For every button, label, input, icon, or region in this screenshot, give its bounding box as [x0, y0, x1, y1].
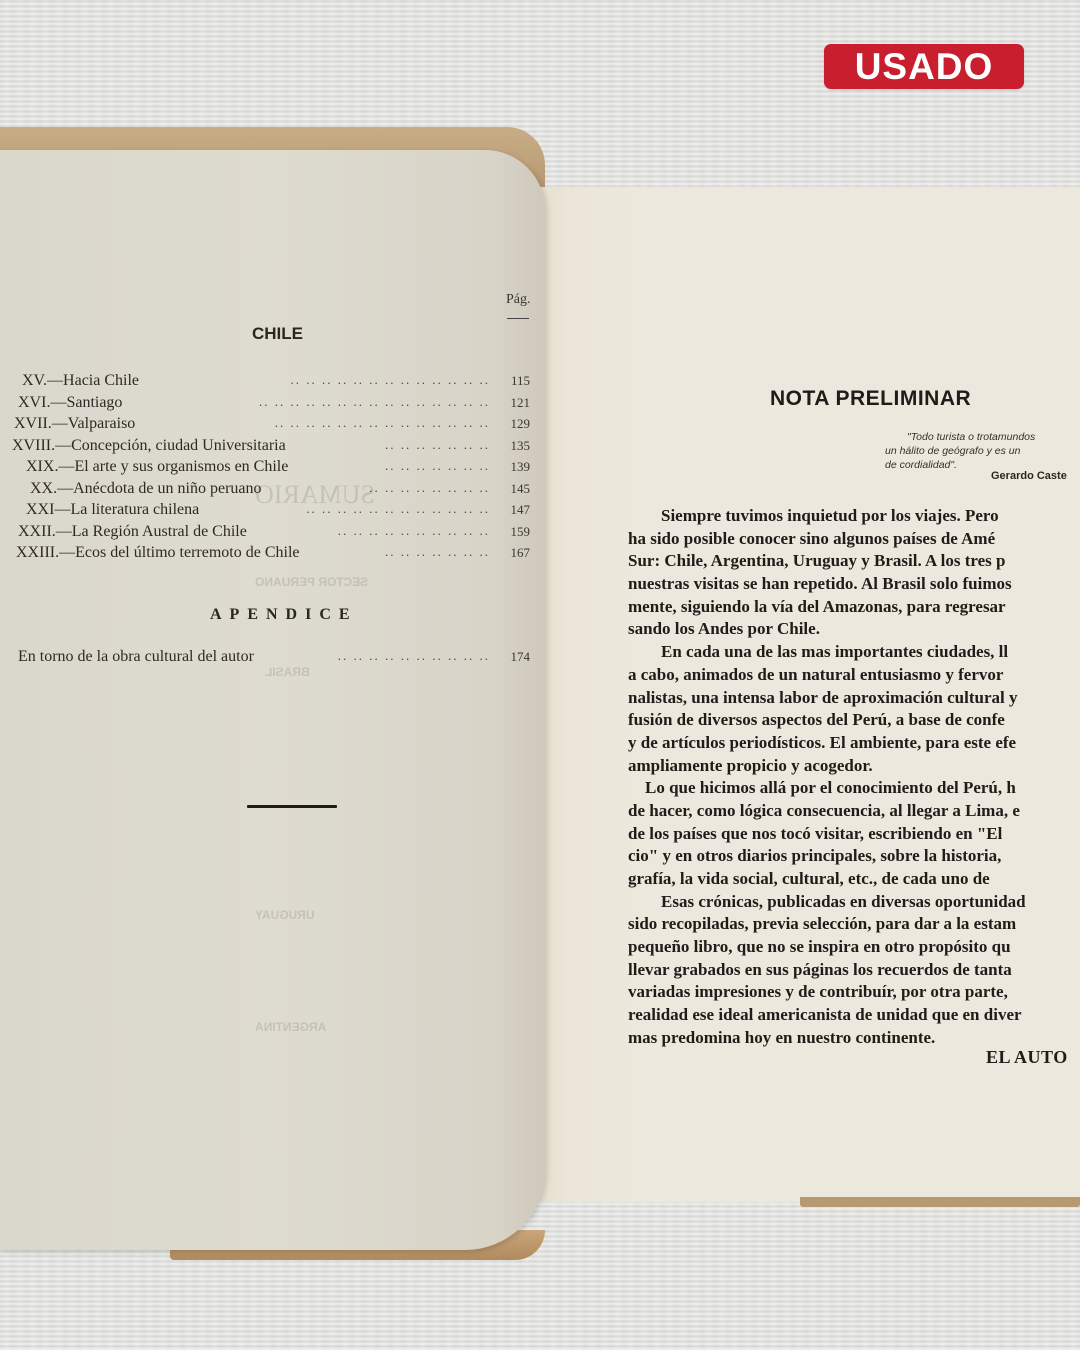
toc-page-number: 147: [511, 502, 531, 518]
toc-page-number: 115: [511, 373, 530, 389]
section-title-apendice: APENDICE: [210, 606, 358, 624]
body-line: variadas impresiones y de contribuír, po…: [628, 981, 1080, 1004]
toc-page-number: 159: [511, 524, 531, 540]
body-line: pequeño libro, que no se inspira en otro…: [628, 936, 1080, 959]
body-line: Esas crónicas, publicadas en diversas op…: [628, 891, 1080, 914]
body-line: sido recopiladas, previa selección, para…: [628, 913, 1080, 936]
toc-title: Ecos del último terremoto de Chile: [75, 544, 299, 561]
body-line: Sur: Chile, Argentina, Uruguay y Brasil.…: [628, 550, 1080, 573]
toc-row: XXI—La literatura chilena .. .. .. .. ..…: [0, 501, 540, 523]
toc-page-number: 174: [511, 649, 531, 665]
body-line: llevar grabados en sus páginas los recue…: [628, 959, 1080, 982]
body-line: de hacer, como lógica consecuencia, al l…: [628, 800, 1080, 823]
bleed-through-heading: SECTOR PERUANO: [255, 575, 368, 589]
toc-number: XXI: [26, 501, 54, 518]
toc-title: En torno de la obra cultural del autor: [18, 648, 254, 666]
author-signature: EL AUTO: [986, 1047, 1068, 1068]
epigraph-line: "Todo turista o trotamundos: [885, 430, 1080, 444]
leader-dots: .. .. .. .. .. .. .. .. .. ..: [338, 523, 490, 539]
leader-dots: .. .. .. .. .. .. .. .. .. .. .. .. ..: [291, 372, 491, 388]
toc-number: XXIII.: [16, 544, 59, 561]
toc-title: El arte y sus organismos en Chile: [74, 458, 288, 475]
toc-number: XV.: [22, 372, 47, 389]
leader-dots: .. .. .. .. .. .. ..: [385, 458, 490, 474]
toc-row: XVIII.—Concepción, ciudad Universitaria …: [0, 437, 540, 459]
toc-row: XV.—Hacia Chile .. .. .. .. .. .. .. .. …: [0, 372, 540, 394]
leader-dots: .. .. .. .. .. .. .. .. .. ..: [338, 648, 490, 664]
leader-dots: .. .. .. .. .. .. .. .. .. .. .. .. .. .…: [275, 415, 490, 431]
decorative-rule: [247, 805, 337, 808]
toc-page-number: 135: [511, 438, 531, 454]
epigraph-line: un hálito de geógrafo y es un: [885, 444, 1080, 458]
toc-row: XVII.—Valparaiso .. .. .. .. .. .. .. ..…: [0, 415, 540, 437]
toc-number: XX.: [30, 480, 57, 497]
toc-title: La Región Austral de Chile: [72, 523, 247, 540]
toc-row: En torno de la obra cultural del autor .…: [0, 648, 540, 670]
right-page: NOTA PRELIMINAR "Todo turista o trotamun…: [530, 187, 1080, 1202]
toc-page-number: 129: [511, 416, 531, 432]
toc-number: XIX.: [26, 458, 58, 475]
toc-number: XXII.: [18, 523, 56, 540]
body-line: a cabo, animados de un natural entusiasm…: [628, 664, 1080, 687]
preliminary-note-body: Siempre tuvimos inquietud por los viajes…: [628, 505, 1080, 1050]
toc-entry: XV.—Hacia Chile: [22, 372, 139, 390]
toc-number: XVIII.: [12, 437, 55, 454]
toc-entry: XX.—Anécdota de un niño peruano: [30, 480, 262, 498]
toc-title: Santiago: [66, 394, 122, 411]
table-of-contents: XV.—Hacia Chile .. .. .. .. .. .. .. .. …: [0, 372, 540, 566]
left-page: SUMARIO SECTOR PERUANO BRASIL URUGUAY AR…: [0, 150, 545, 1250]
body-line: Siempre tuvimos inquietud por los viajes…: [628, 505, 1080, 528]
right-page-edge: [800, 1197, 1080, 1207]
section-title-chile: CHILE: [252, 324, 303, 344]
toc-row: XX.—Anécdota de un niño peruano .. .. ..…: [0, 480, 540, 502]
toc-title: Anécdota de un niño peruano: [73, 480, 261, 497]
epigraph-author: Gerardo Caste: [991, 470, 1067, 482]
body-line: mente, siguiendo la vía del Amazonas, pa…: [628, 596, 1080, 619]
body-line: ha sido posible conocer sino algunos paí…: [628, 528, 1080, 551]
page-column-rule: [507, 318, 529, 319]
body-line: realidad ese ideal americanista de unida…: [628, 1004, 1080, 1027]
body-line: y de artículos periodísticos. El ambient…: [628, 732, 1080, 755]
toc-page-number: 167: [511, 545, 531, 561]
body-line: grafía, la vida social, cultural, etc., …: [628, 868, 1080, 891]
toc-entry: XVI.—Santiago: [18, 394, 122, 412]
toc-row: XVI.—Santiago .. .. .. .. .. .. .. .. ..…: [0, 394, 540, 416]
nota-preliminar-title: NOTA PRELIMINAR: [770, 387, 971, 411]
leader-dots: .. .. .. .. .. .. .. .. .. .. .. ..: [306, 501, 490, 517]
toc-entry: XXIII.—Ecos del último terremoto de Chil…: [16, 544, 299, 562]
bleed-through-heading: URUGUAY: [255, 908, 315, 922]
epigraph: "Todo turista o trotamundos un hálito de…: [885, 430, 1080, 472]
body-line: nuestras visitas se han repetido. Al Bra…: [628, 573, 1080, 596]
toc-number: XVI.: [18, 394, 50, 411]
toc-page-number: 121: [511, 395, 531, 411]
body-line: cio" y en otros diarios principales, sob…: [628, 845, 1080, 868]
toc-entry: XVIII.—Concepción, ciudad Universitaria: [12, 437, 286, 455]
toc-title: Hacia Chile: [63, 372, 139, 389]
body-line: sando los Andes por Chile.: [628, 618, 1080, 641]
body-line: En cada una de las mas importantes ciuda…: [628, 641, 1080, 664]
toc-page-number: 139: [511, 459, 531, 475]
body-line: ampliamente propicio y acogedor.: [628, 755, 1080, 778]
toc-row: XXII.—La Región Austral de Chile .. .. .…: [0, 523, 540, 545]
leader-dots: .. .. .. .. .. .. .. .. .. .. .. .. .. .…: [259, 394, 490, 410]
body-line: de los países que nos tocó visitar, escr…: [628, 823, 1080, 846]
toc-entry: XXII.—La Región Austral de Chile: [18, 523, 247, 541]
toc-number: XVII.: [14, 415, 52, 432]
toc-entry: XVII.—Valparaiso: [14, 415, 135, 433]
body-line: fusión de diversos aspectos del Perú, a …: [628, 709, 1080, 732]
page-column-header: Pág.: [506, 292, 531, 308]
usado-badge: USADO: [824, 44, 1024, 89]
toc-title: La literatura chilena: [70, 501, 199, 518]
toc-row: XXIII.—Ecos del último terremoto de Chil…: [0, 544, 540, 566]
body-line: Lo que hicimos allá por el conocimiento …: [628, 777, 1080, 800]
toc-row: XIX.—El arte y sus organismos en Chile .…: [0, 458, 540, 480]
leader-dots: .. .. .. .. .. .. .. ..: [369, 480, 490, 496]
toc-entry: XXI—La literatura chilena: [26, 501, 199, 519]
body-line: nalistas, una intensa labor de aproximac…: [628, 687, 1080, 710]
toc-title: Concepción, ciudad Universitaria: [71, 437, 286, 454]
toc-entry: XIX.—El arte y sus organismos en Chile: [26, 458, 288, 476]
toc-page-number: 145: [511, 481, 531, 497]
bleed-through-heading: ARGENTINA: [255, 1020, 326, 1034]
leader-dots: .. .. .. .. .. .. ..: [385, 437, 490, 453]
appendix-entry: En torno de la obra cultural del autor .…: [0, 648, 540, 670]
toc-title: Valparaiso: [68, 415, 136, 432]
leader-dots: .. .. .. .. .. .. ..: [385, 544, 490, 560]
